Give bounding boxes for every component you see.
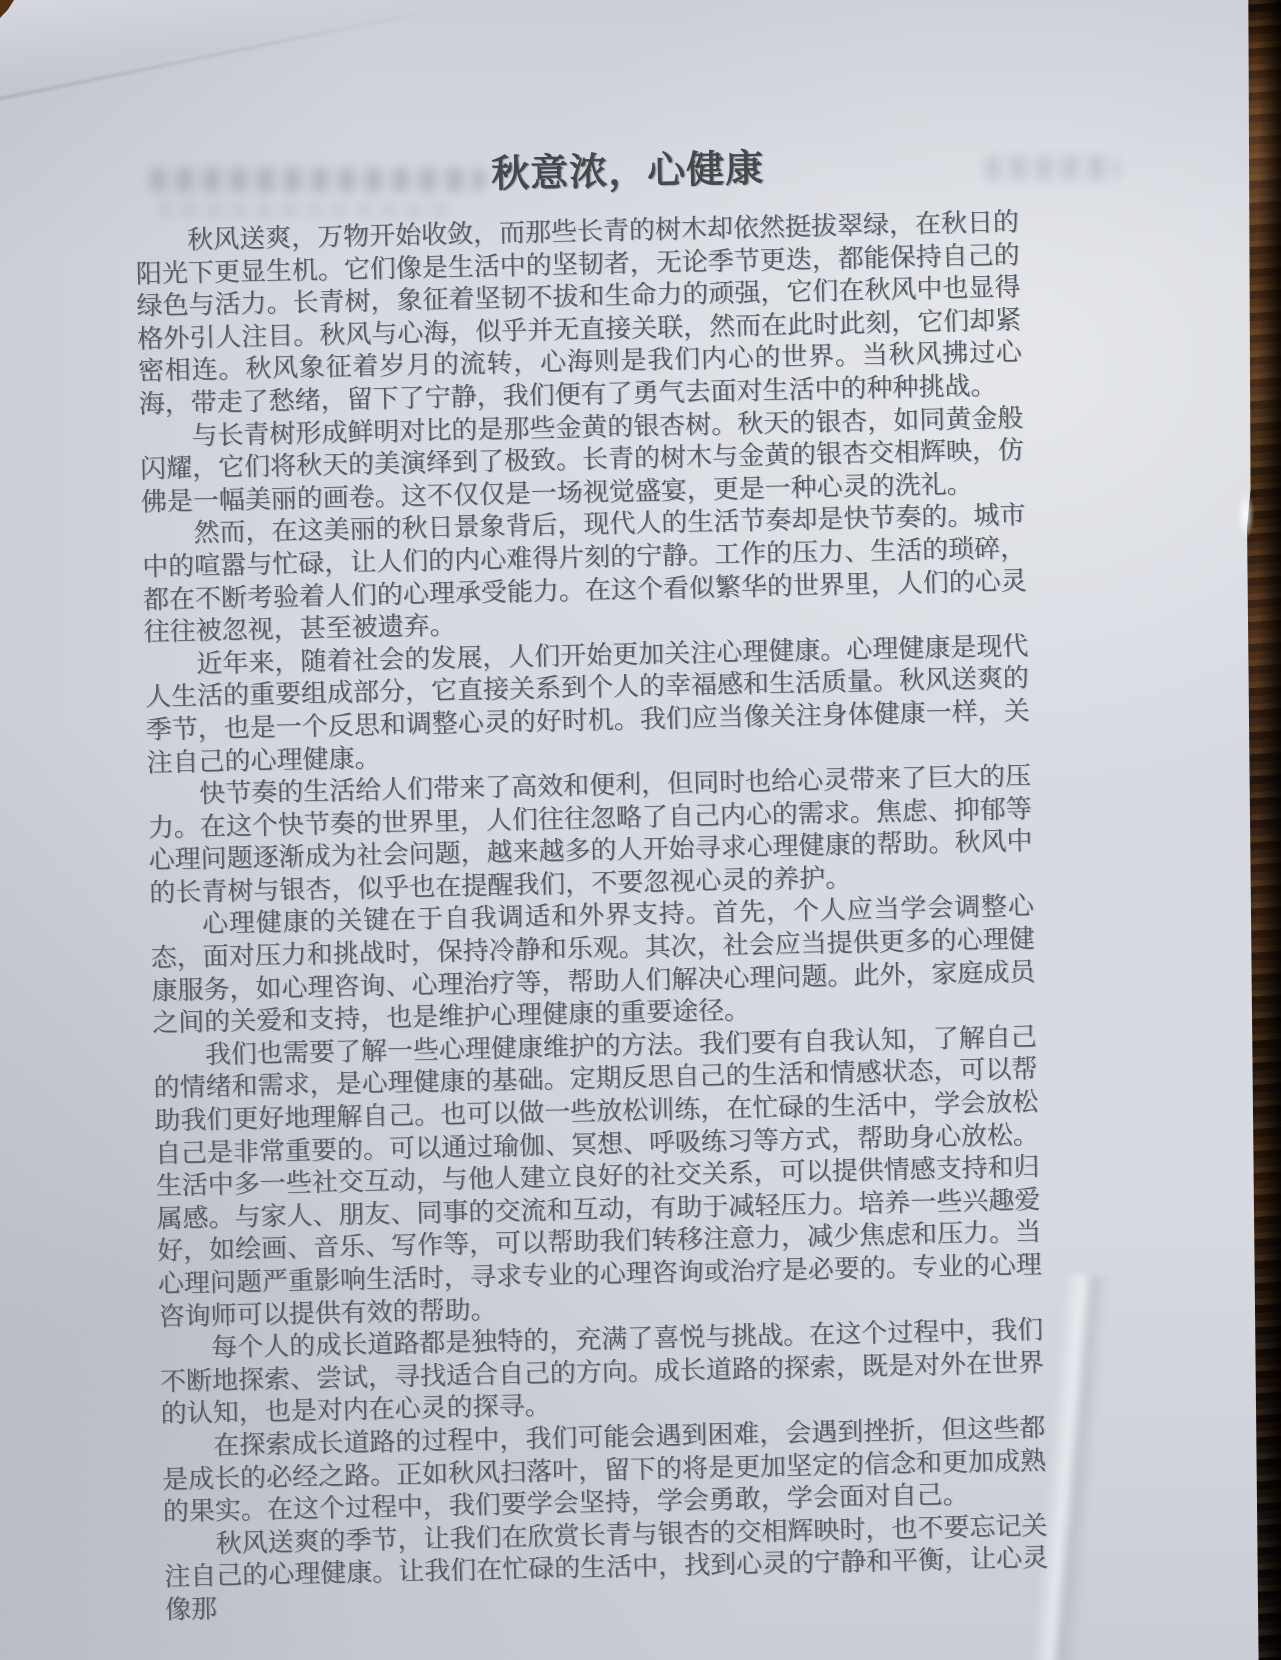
paragraph-7: 我们也需要了解一些心理健康维护的方法。我们要有自我认知，了解自己的情绪和需求，是… <box>153 1021 1043 1334</box>
paragraph-10: 秋风送爽的季节，让我们在欣赏长青与银杏的交相辉映时，也不要忘记关注自己的心理健康… <box>163 1510 1049 1627</box>
paragraph-1: 秋风送爽，万物开始收敛，而那些长青的树木却依然挺拔翠绿，在秋日的阳光下更显生机。… <box>135 206 1023 421</box>
photo-surface: 秋意浓，心健康 秋风送爽，万物开始收敛，而那些长青的树木却依然挺拔翠绿，在秋日的… <box>0 0 1281 1660</box>
underlying-sheet-highlight <box>0 0 464 88</box>
paper-edge-glint <box>1237 490 1254 540</box>
paragraph-6: 心理健康的关键在于自我调适和外界支持。首先，个人应当学会调整心态，面对压力和挑战… <box>150 891 1037 1041</box>
paragraph-8: 每个人的成长道路都是独特的，充满了喜悦与挑战。在这个过程中，我们不断地探索、尝试… <box>159 1314 1045 1431</box>
paragraph-4: 近年来，随着社会的发展，人们开始更加关注心理健康。心理健康是现代人生活的重要组成… <box>144 630 1031 780</box>
document-content: 秋意浓，心健康 秋风送爽，万物开始收敛，而那些长青的树木却依然挺拔翠绿，在秋日的… <box>133 140 1049 1626</box>
paragraph-2: 与长青树形成鲜明对比的是那些金黄的银杏树。秋天的银杏，如同黄金般闪耀，它们将秋天… <box>139 402 1025 519</box>
paragraph-5: 快节奏的生活给人们带来了高效和便利，但同时也给心灵带来了巨大的压力。在这个快节奏… <box>147 760 1034 910</box>
paragraph-3: 然而，在这美丽的秋日景象背后，现代人的生活节奏却是快节奏的。城市中的喧嚣与忙碌，… <box>141 500 1028 650</box>
paragraph-9: 在探索成长道路的过程中，我们可能会遇到困难，会遇到挫折，但这些都是成长的必经之路… <box>161 1412 1047 1529</box>
